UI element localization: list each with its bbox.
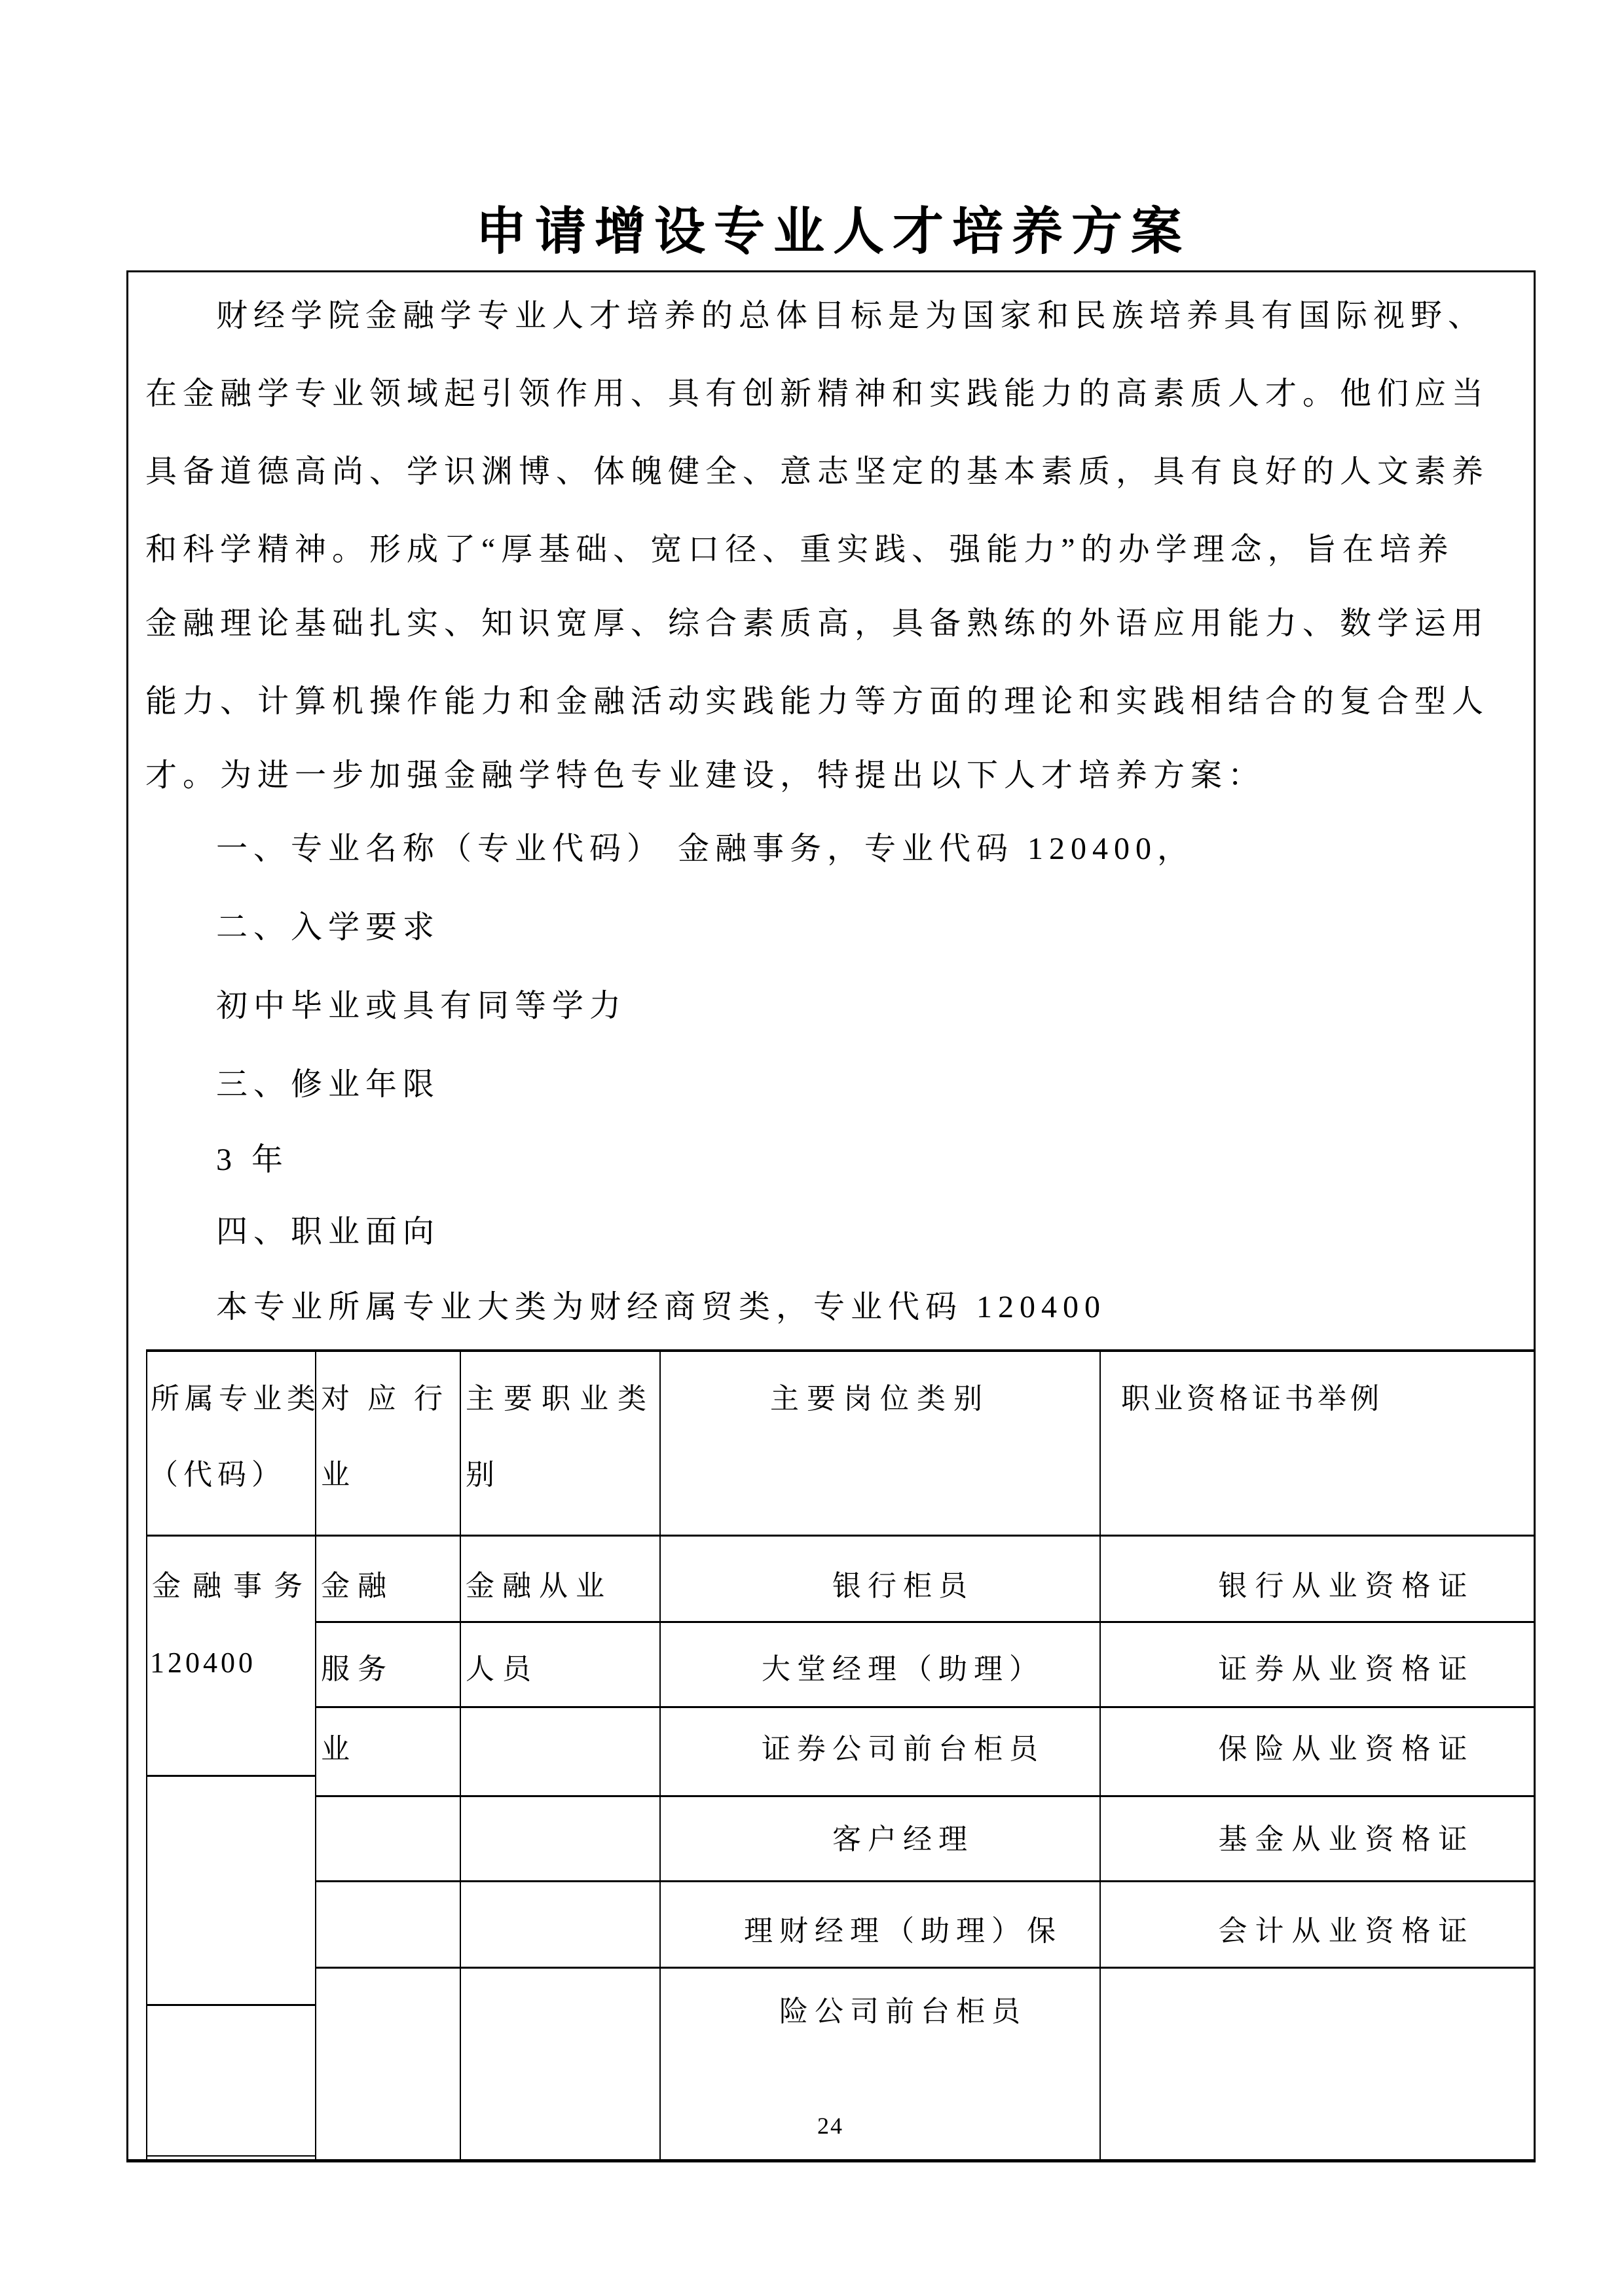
table-header-industry-2: 业 bbox=[321, 1459, 356, 1491]
table-gridline bbox=[146, 1535, 1536, 1537]
cell-specialty-code: 120400 bbox=[150, 1647, 256, 1679]
table-gridline bbox=[315, 1967, 1536, 1969]
cell-certificate: 证券从业资格证 bbox=[1100, 1654, 1536, 1685]
cell-post: 理财经理（助理）保 bbox=[660, 1916, 1100, 1947]
page-title: 申请增设专业人才培养方案 bbox=[475, 204, 1190, 259]
body-line: 3 年 bbox=[216, 1144, 289, 1176]
table-gridline bbox=[146, 2004, 316, 2006]
cell-specialty-name: 金融事务 bbox=[152, 1571, 314, 1602]
cell-post: 证券公司前台柜员 bbox=[660, 1734, 1100, 1765]
table-gridline bbox=[315, 1349, 316, 2160]
body-line: 才。为进一步加强金融学特色专业建设，特提出以下人才培养方案： bbox=[145, 760, 1265, 792]
cell-certificate: 银行从业资格证 bbox=[1100, 1571, 1536, 1602]
cell-occupation: 金融从业 bbox=[466, 1571, 612, 1602]
body-line: 初中毕业或具有同等学力 bbox=[216, 991, 627, 1022]
table-gridline bbox=[146, 2155, 316, 2157]
table-header-category: 所属专业类 bbox=[151, 1383, 321, 1415]
table-header-industry: 对 应 行 bbox=[321, 1383, 448, 1415]
table-gridline bbox=[315, 1880, 1536, 1882]
cell-certificate: 保险从业资格证 bbox=[1100, 1734, 1536, 1765]
cell-occupation: 人员 bbox=[466, 1654, 539, 1685]
cell-post: 大堂经理（助理） bbox=[660, 1654, 1100, 1685]
table-gridline bbox=[315, 1795, 1536, 1797]
cell-industry: 业 bbox=[321, 1734, 358, 1765]
body-line: 本专业所属专业大类为财经商贸类，专业代码 120400 bbox=[216, 1292, 1106, 1323]
cell-post: 险公司前台柜员 bbox=[660, 1996, 1100, 2028]
table-gridline bbox=[146, 1349, 1536, 1352]
body-line: 具备道德高尚、学识渊博、体魄健全、意志坚定的基本素质，具有良好的人文素养 bbox=[145, 456, 1489, 488]
cell-industry: 金融 bbox=[321, 1571, 394, 1602]
body-line: 财经学院金融学专业人才培养的总体目标是为国家和民族培养具有国际视野、 bbox=[216, 301, 1485, 332]
table-gridline bbox=[146, 1349, 147, 2160]
table-header-certificate: 职业资格证书举例 bbox=[1121, 1383, 1383, 1415]
cell-post: 银行柜员 bbox=[660, 1571, 1100, 1602]
cell-post: 客户经理 bbox=[660, 1824, 1100, 1855]
body-line: 能力、计算机操作能力和金融活动实践能力等方面的理论和实践相结合的复合型人 bbox=[145, 686, 1489, 718]
body-line: 金融理论基础扎实、知识宽厚、综合素质高，具备熟练的外语应用能力、数学运用 bbox=[145, 608, 1489, 640]
body-line-section-2: 二、入学要求 bbox=[216, 912, 440, 943]
body-line-section-4: 四、职业面向 bbox=[216, 1216, 440, 1248]
cell-certificate: 会计从业资格证 bbox=[1100, 1916, 1536, 1947]
body-line-section-1: 一、专业名称（专业代码） 金融事务，专业代码 120400， bbox=[216, 833, 1194, 865]
table-gridline bbox=[460, 1349, 461, 2160]
body-line-section-3: 三、修业年限 bbox=[216, 1069, 440, 1101]
table-header-occupation-2: 别 bbox=[466, 1459, 501, 1491]
table-header-post: 主要岗位类别 bbox=[660, 1383, 1100, 1415]
table-gridline bbox=[315, 1621, 1536, 1623]
table-header-category-code: （代码） bbox=[149, 1459, 286, 1491]
cell-certificate: 基金从业资格证 bbox=[1100, 1824, 1536, 1855]
page-number: 24 bbox=[771, 2113, 889, 2139]
body-line: 在金融学专业领域起引领作用、具有创新精神和实践能力的高素质人才。他们应当 bbox=[145, 378, 1489, 410]
table-gridline bbox=[146, 1775, 316, 1777]
body-line: 和科学精神。形成了“厚基础、宽口径、重实践、强能力”的办学理念，旨在培养 bbox=[145, 534, 1454, 566]
document-page: 申请增设专业人才培养方案 财经学院金融学专业人才培养的总体目标是为国家和民族培养… bbox=[0, 0, 1624, 2296]
cell-industry: 服务 bbox=[321, 1654, 394, 1685]
table-gridline bbox=[315, 1706, 1536, 1708]
table-header-occupation: 主要职业类 bbox=[466, 1383, 655, 1415]
